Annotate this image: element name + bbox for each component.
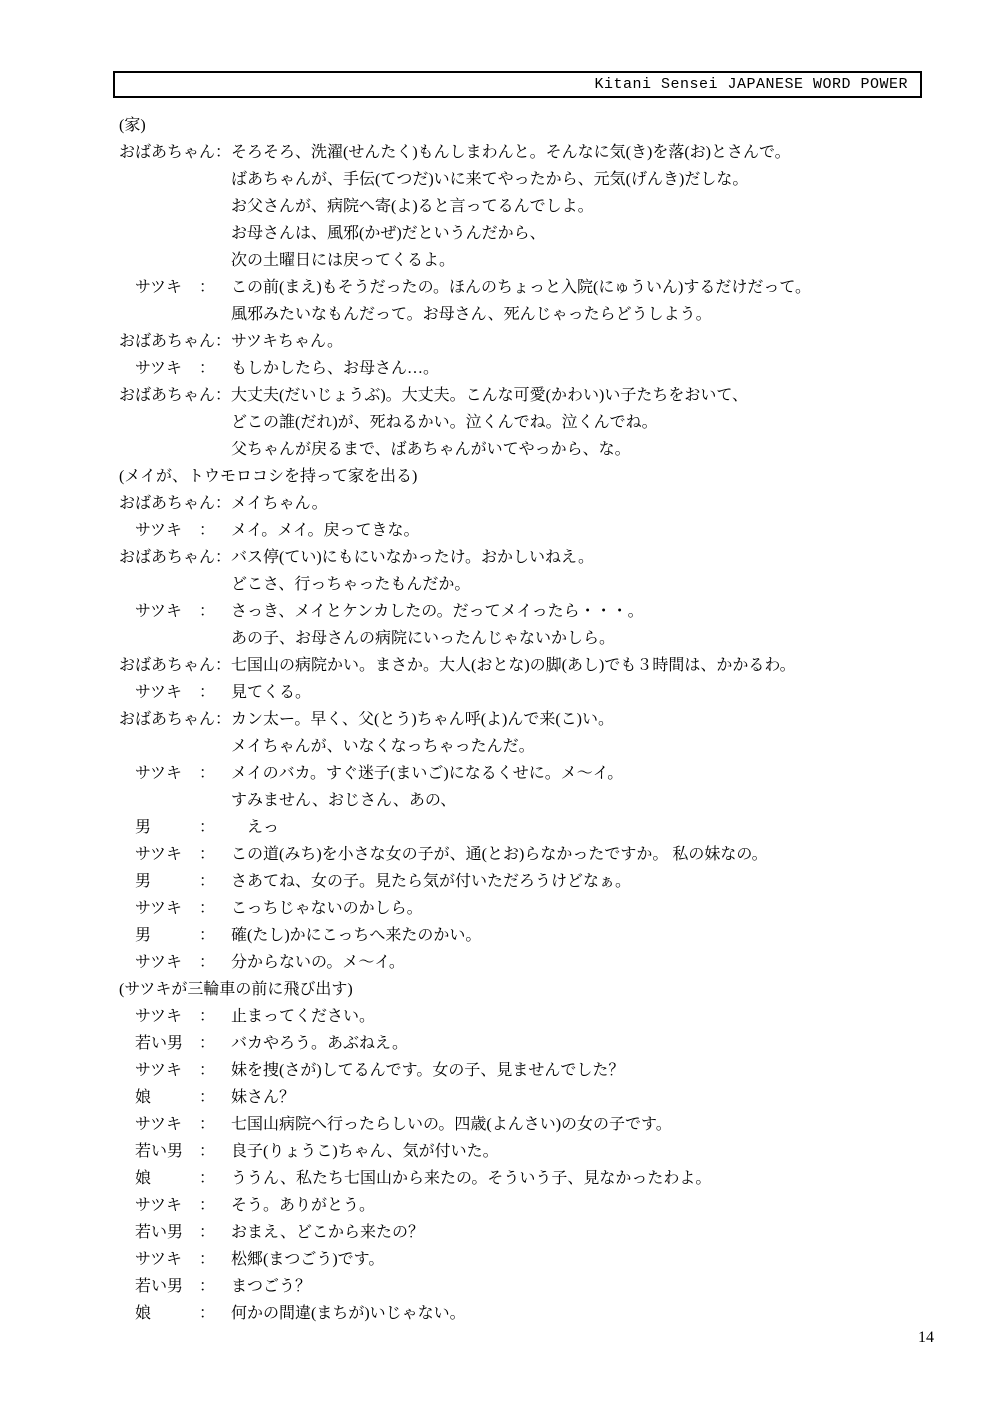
dialogue-text: どこの誰(だれ)が、死ねるかい。泣くんでね。泣くんでね。 [231,409,934,436]
dialogue-text: メイ。メイ。戻ってきな。 [231,517,934,544]
speaker-cell: サツキ： [119,841,231,868]
stage-text: (メイが、トウモロコシを持って家を出る) [119,463,934,490]
speaker-colon: ： [199,517,215,544]
dialogue-line: 若い男：おまえ、どこから来たの？ [119,1219,934,1246]
speaker-colon: ： [199,1165,215,1192]
dialogue-line: 娘：何かの間違(まちが)いじゃない。 [119,1300,934,1327]
speaker-cell: 男： [119,922,231,949]
speaker-cell: サツキ： [119,517,231,544]
dialogue-text: ううん、私たち七国山から来たの。そういう子、見なかったわよ。 [231,1165,934,1192]
speaker-label: 男 [119,927,151,944]
dialogue-continuation-line: お母さんは、風邪(かぜ)だというんだから、 [119,220,934,247]
dialogue-text: 七国山の病院かい。まさか。大人(おとな)の脚(あし)でも３時間は、かかるわ。 [231,652,934,679]
dialogue-text: さあてね、女の子。見たら気が付いただろうけどなぁ。 [231,868,934,895]
speaker-cell: おばあちゃん： [119,544,231,571]
dialogue-continuation-line: メイちゃんが、いなくなっちゃったんだ。 [119,733,934,760]
dialogue-text: 分からないの。メ～イ。 [231,949,934,976]
header-banner: Kitani Sensei JAPANESE WORD POWER [113,71,922,98]
speaker-cell [119,436,231,463]
dialogue-text: 見てくる。 [231,679,934,706]
speaker-label: サツキ [119,1116,182,1133]
speaker-label: おばあちゃん [119,549,215,566]
speaker-label: サツキ [119,603,182,620]
speaker-colon: ： [199,1138,215,1165]
dialogue-line: サツキ：止まってください。 [119,1003,934,1030]
speaker-label: サツキ [119,1197,182,1214]
speaker-cell: 若い男： [119,1138,231,1165]
speaker-cell [119,166,231,193]
speaker-colon: ： [199,598,215,625]
speaker-colon: ： [215,490,231,517]
speaker-colon: ： [199,1219,215,1246]
speaker-colon: ： [199,355,215,382]
dialogue-text: こっちじゃないのかしら。 [231,895,934,922]
speaker-cell [119,571,231,598]
speaker-cell: サツキ： [119,1192,231,1219]
speaker-colon: ： [199,274,215,301]
dialogue-continuation-line: お父さんが、病院へ寄(よ)ると言ってるんでしよ。 [119,193,934,220]
dialogue-text: まつごう？ [231,1273,934,1300]
dialogue-text: バカやろう。あぶねえ。 [231,1030,934,1057]
dialogue-line: サツキ：見てくる。 [119,679,934,706]
dialogue-text: どこさ、行っちゃったもんだか。 [231,571,934,598]
speaker-label: おばあちゃん [119,333,215,350]
dialogue-text: この道(みち)を小さな女の子が、通(とお)らなかったですか。 私の妹なの。 [231,841,934,868]
dialogue-line: サツキ：メイのバカ。すぐ迷子(まいご)になるくせに。メ～イ。 [119,760,934,787]
speaker-label: おばあちゃん [119,657,215,674]
speaker-cell: サツキ： [119,1057,231,1084]
dialogue-text: 妹さん？ [231,1084,934,1111]
speaker-cell: サツキ： [119,598,231,625]
dialogue-line: サツキ：この前(まえ)もそうだったの。ほんのちょっと入院(にゅういん)するだけだ… [119,274,934,301]
speaker-label: サツキ [119,1062,182,1079]
speaker-label: 若い男 [119,1224,183,1241]
dialogue-continuation-line: 父ちゃんが戻るまで、ばあちゃんがいてやっから、な。 [119,436,934,463]
dialogue-text: 大丈夫(だいじょうぶ)。大丈夫。こんな可愛(かわい)い子たちをおいて、 [231,382,934,409]
speaker-cell: 若い男： [119,1030,231,1057]
speaker-cell: 娘： [119,1300,231,1327]
speaker-label: サツキ [119,522,182,539]
speaker-colon: ： [215,706,231,733]
speaker-label: サツキ [119,846,182,863]
speaker-colon: ： [199,1246,215,1273]
dialogue-continuation-line: あの子、お母さんの病院にいったんじゃないかしら。 [119,625,934,652]
speaker-colon: ： [199,868,215,895]
speaker-cell: 男： [119,814,231,841]
speaker-colon: ： [199,814,215,841]
speaker-cell: おばあちゃん： [119,652,231,679]
speaker-label: サツキ [119,1008,182,1025]
speaker-colon: ： [199,1030,215,1057]
dialogue-text: そう。ありがとう。 [231,1192,934,1219]
speaker-colon: ： [215,652,231,679]
speaker-label: 若い男 [119,1035,183,1052]
dialogue-line: サツキ：分からないの。メ～イ。 [119,949,934,976]
speaker-label: 娘 [119,1305,151,1322]
dialogue-continuation-line: どこさ、行っちゃったもんだか。 [119,571,934,598]
speaker-cell: サツキ： [119,949,231,976]
speaker-cell: サツキ： [119,274,231,301]
dialogue-text: すみません、おじさん、あの、 [231,787,934,814]
speaker-colon: ： [215,544,231,571]
dialogue-continuation-line: 風邪みたいなもんだって。お母さん、死んじゃったらどうしよう。 [119,301,934,328]
speaker-colon: ： [199,1057,215,1084]
dialogue-line: おばあちゃん：サツキちゃん。 [119,328,934,355]
speaker-label: 娘 [119,1170,151,1187]
speaker-cell: 若い男： [119,1273,231,1300]
speaker-label: 若い男 [119,1278,183,1295]
dialogue-text: 良子(りょうこ)ちゃん、気が付いた。 [231,1138,934,1165]
speaker-cell: 男： [119,868,231,895]
dialogue-line: 娘：ううん、私たち七国山から来たの。そういう子、見なかったわよ。 [119,1165,934,1192]
speaker-cell: 娘： [119,1084,231,1111]
dialogue-text: 松郷(まつごう)です。 [231,1246,934,1273]
speaker-cell: サツキ： [119,760,231,787]
speaker-cell [119,625,231,652]
dialogue-text: そろそろ、洗濯(せんたく)もんしまわんと。そんなに気(き)を落(お)とさんで。 [231,139,934,166]
dialogue-line: 娘：妹さん？ [119,1084,934,1111]
dialogue-text: もしかしたら、お母さん…。 [231,355,934,382]
dialogue-line: サツキ：七国山病院へ行ったらしいの。四歳(よんさい)の女の子です。 [119,1111,934,1138]
dialogue-line: おばあちゃん：バス停(てい)にもにいなかったけ。おかしいねえ。 [119,544,934,571]
dialogue-line: おばあちゃん：大丈夫(だいじょうぶ)。大丈夫。こんな可愛(かわい)い子たちをおい… [119,382,934,409]
dialogue-text: ばあちゃんが、手伝(てつだ)いに来てやったから、元気(げんき)だしな。 [231,166,934,193]
dialogue-line: サツキ：メイ。メイ。戻ってきな。 [119,517,934,544]
speaker-colon: ： [199,679,215,706]
speaker-colon: ： [199,922,215,949]
dialogue-text: えっ [231,814,934,841]
stage-direction: (メイが、トウモロコシを持って家を出る) [119,463,934,490]
speaker-cell [119,220,231,247]
speaker-colon: ： [215,328,231,355]
speaker-label: サツキ [119,1251,182,1268]
speaker-cell: おばあちゃん： [119,706,231,733]
speaker-colon: ： [199,1084,215,1111]
dialogue-line: サツキ：さっき、メイとケンカしたの。だってメイったら・・・。 [119,598,934,625]
dialogue-text: 何かの間違(まちが)いじゃない。 [231,1300,934,1327]
dialogue-continuation-line: ばあちゃんが、手伝(てつだ)いに来てやったから、元気(げんき)だしな。 [119,166,934,193]
dialogue-line: おばあちゃん：そろそろ、洗濯(せんたく)もんしまわんと。そんなに気(き)を落(お… [119,139,934,166]
speaker-cell [119,301,231,328]
dialogue-line: 若い男：まつごう？ [119,1273,934,1300]
dialogue-line: 男：確(たし)かにこっちへ来たのかい。 [119,922,934,949]
dialogue-line: おばあちゃん：メイちゃん。 [119,490,934,517]
dialogue-text: この前(まえ)もそうだったの。ほんのちょっと入院(にゅういん)するだけだって。 [231,274,934,301]
dialogue-line: 若い男：バカやろう。あぶねえ。 [119,1030,934,1057]
dialogue-text: バス停(てい)にもにいなかったけ。おかしいねえ。 [231,544,934,571]
speaker-label: サツキ [119,900,182,917]
speaker-colon: ： [199,760,215,787]
speaker-cell: サツキ： [119,1111,231,1138]
speaker-colon: ： [199,895,215,922]
speaker-label: サツキ [119,279,182,296]
speaker-cell: おばあちゃん： [119,490,231,517]
dialogue-text: 確(たし)かにこっちへ来たのかい。 [231,922,934,949]
speaker-cell: サツキ： [119,355,231,382]
dialogue-text: メイちゃんが、いなくなっちゃったんだ。 [231,733,934,760]
speaker-label: 男 [119,819,151,836]
dialogue-line: サツキ：こっちじゃないのかしら。 [119,895,934,922]
dialogue-text: さっき、メイとケンカしたの。だってメイったら・・・。 [231,598,934,625]
dialogue-text: カン太ー。早く、父(とう)ちゃん呼(よ)んで来(こ)い。 [231,706,934,733]
speaker-label: サツキ [119,954,182,971]
speaker-cell: 若い男： [119,1219,231,1246]
dialogue-text: お母さんは、風邪(かぜ)だというんだから、 [231,220,934,247]
dialogue-text: 風邪みたいなもんだって。お母さん、死んじゃったらどうしよう。 [231,301,934,328]
stage-direction: (家) [119,112,934,139]
dialogue-text: 妹を捜(さが)してるんです。女の子、見ませんでした？ [231,1057,934,1084]
speaker-cell: 娘： [119,1165,231,1192]
speaker-cell [119,787,231,814]
dialogue-text: 七国山病院へ行ったらしいの。四歳(よんさい)の女の子です。 [231,1111,934,1138]
dialogue-text: 止まってください。 [231,1003,934,1030]
speaker-label: 男 [119,873,151,890]
dialogue-text: サツキちゃん。 [231,328,934,355]
dialogue-continuation-line: 次の土曜日には戻ってくるよ。 [119,247,934,274]
speaker-cell [119,733,231,760]
dialogue-line: サツキ：この道(みち)を小さな女の子が、通(とお)らなかったですか。 私の妹なの… [119,841,934,868]
speaker-colon: ： [199,1300,215,1327]
speaker-label: サツキ [119,765,182,782]
speaker-label: おばあちゃん [119,387,215,404]
stage-text: (サツキが三輪車の前に飛び出す) [119,976,934,1003]
dialogue-continuation-line: すみません、おじさん、あの、 [119,787,934,814]
dialogue-text: お父さんが、病院へ寄(よ)ると言ってるんでしよ。 [231,193,934,220]
dialogue-line: おばあちゃん：カン太ー。早く、父(とう)ちゃん呼(よ)んで来(こ)い。 [119,706,934,733]
dialogue-line: 男：さあてね、女の子。見たら気が付いただろうけどなぁ。 [119,868,934,895]
dialogue-line: おばあちゃん：七国山の病院かい。まさか。大人(おとな)の脚(あし)でも３時間は、… [119,652,934,679]
dialogue-text: メイのバカ。すぐ迷子(まいご)になるくせに。メ～イ。 [231,760,934,787]
dialogue-line: サツキ：もしかしたら、お母さん…。 [119,355,934,382]
dialogue-text: メイちゃん。 [231,490,934,517]
speaker-label: 娘 [119,1089,151,1106]
stage-text: (家) [119,112,934,139]
speaker-label: サツキ [119,684,182,701]
speaker-label: サツキ [119,360,182,377]
dialogue-text: 次の土曜日には戻ってくるよ。 [231,247,934,274]
speaker-colon: ： [199,1003,215,1030]
speaker-label: おばあちゃん [119,711,215,728]
dialogue-line: サツキ：妹を捜(さが)してるんです。女の子、見ませんでした？ [119,1057,934,1084]
speaker-cell: おばあちゃん： [119,139,231,166]
speaker-label: おばあちゃん [119,495,215,512]
page-number: 14 [918,1327,934,1349]
dialogue-text: おまえ、どこから来たの？ [231,1219,934,1246]
speaker-colon: ： [215,382,231,409]
speaker-cell: サツキ： [119,679,231,706]
dialogue-text: 父ちゃんが戻るまで、ばあちゃんがいてやっから、な。 [231,436,934,463]
speaker-cell: おばあちゃん： [119,382,231,409]
speaker-label: おばあちゃん [119,144,215,161]
dialogue-line: 若い男：良子(りょうこ)ちゃん、気が付いた。 [119,1138,934,1165]
dialogue-line: サツキ：松郷(まつごう)です。 [119,1246,934,1273]
speaker-cell: サツキ： [119,1246,231,1273]
speaker-cell: サツキ： [119,895,231,922]
dialogue-line: 男： えっ [119,814,934,841]
speaker-colon: ： [215,139,231,166]
speaker-colon: ： [199,1192,215,1219]
document-page: { "header": { "title": "Kitani Sensei JA… [0,0,992,1403]
stage-direction: (サツキが三輪車の前に飛び出す) [119,976,934,1003]
dialogue-line: サツキ：そう。ありがとう。 [119,1192,934,1219]
dialogue-text: あの子、お母さんの病院にいったんじゃないかしら。 [231,625,934,652]
speaker-cell [119,409,231,436]
document-title: Kitani Sensei JAPANESE WORD POWER [594,76,908,93]
speaker-colon: ： [199,1273,215,1300]
speaker-colon: ： [199,1111,215,1138]
script-lines: (家)おばあちゃん：そろそろ、洗濯(せんたく)もんしまわんと。そんなに気(き)を… [119,112,934,1327]
speaker-colon: ： [199,949,215,976]
speaker-label: 若い男 [119,1143,183,1160]
speaker-cell: おばあちゃん： [119,328,231,355]
dialogue-continuation-line: どこの誰(だれ)が、死ねるかい。泣くんでね。泣くんでね。 [119,409,934,436]
speaker-colon: ： [199,841,215,868]
speaker-cell [119,247,231,274]
speaker-cell: サツキ： [119,1003,231,1030]
speaker-cell [119,193,231,220]
